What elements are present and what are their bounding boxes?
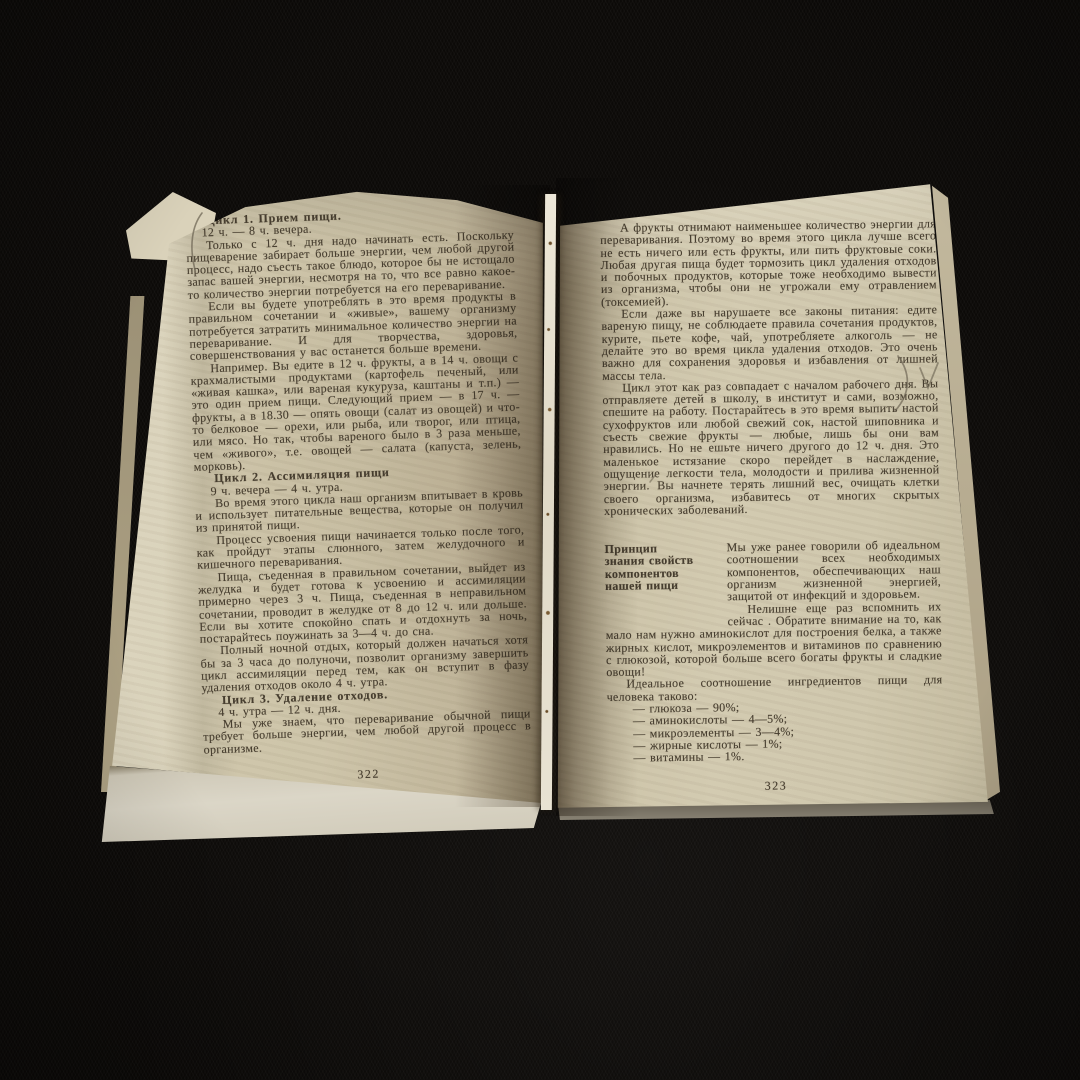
principle-section: Принцип знания свойств компонентов нашей…	[604, 538, 942, 678]
right-page-text: А фрукты отнимают наименьшее количество …	[600, 217, 944, 794]
paragraph: Если даже вы нарушаете все законы питани…	[601, 303, 938, 381]
page-number-right: 323	[608, 778, 944, 795]
gutter-shadow-right	[556, 178, 638, 816]
ratio-item: — витамины — 1%.	[633, 747, 943, 764]
photo-scene: Цикл 1. Прием пищи. 12 ч. — 8 ч. вечера.…	[0, 0, 1080, 1080]
pencil-curve-icon	[186, 210, 214, 274]
ratio-list: — глюкоза — 90%; — аминокислоты — 4—5%; …	[633, 698, 944, 764]
gutter-shadow-left	[455, 185, 550, 807]
pencil-bracket-check-icon	[890, 352, 946, 416]
pencil-tick-icon	[648, 472, 658, 484]
paragraph: А фрукты отнимают наименьшее количество …	[600, 217, 937, 308]
